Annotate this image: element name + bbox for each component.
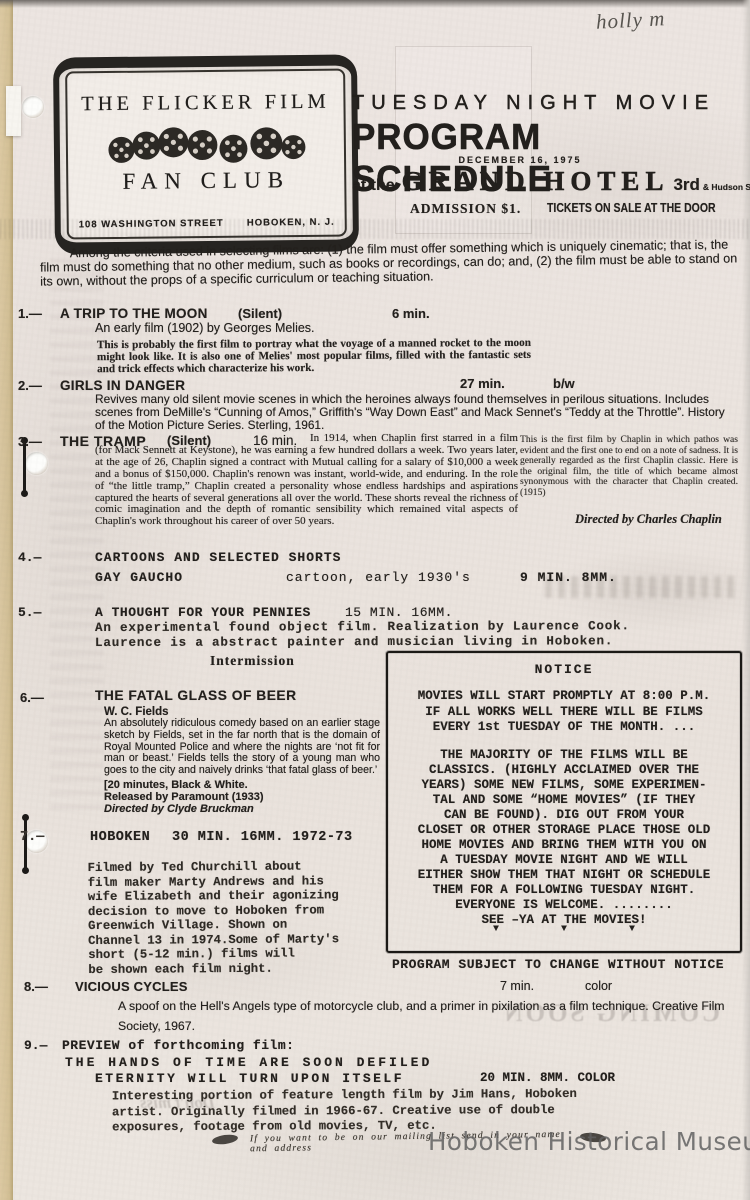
film-duration: 27 min. xyxy=(460,376,505,391)
venue-name: GRAND HOTEL xyxy=(402,166,670,197)
film-title-trip: A TRIP TO THE MOON xyxy=(60,306,208,321)
film-specs: [20 minutes, Black & White. xyxy=(104,779,248,791)
film-number: 2.— xyxy=(18,378,42,393)
preview-title-1: THE HANDS OF TIME ARE SOON DEFILED xyxy=(65,1055,432,1070)
film-reels-icon xyxy=(103,117,308,167)
film-released: Released by Paramount (1933) xyxy=(104,791,264,803)
film-title-vicious: VICIOUS CYCLES xyxy=(75,979,188,994)
film-credit: Directed by Charles Chaplin xyxy=(575,512,722,527)
header-date: DECEMBER 16, 1975 xyxy=(324,155,716,165)
scan-backing-strip xyxy=(0,0,13,1200)
film-number: 1.— xyxy=(18,306,42,321)
film-byline: An early film (1902) by Georges Melies. xyxy=(95,321,315,335)
header-title-line1: TUESDAY NIGHT MOVIE xyxy=(352,92,744,115)
notice-box: NOTICE MOVIES WILL START PROMPTLY AT 8:0… xyxy=(386,651,742,953)
admission-label: ADMISSION $1. xyxy=(410,201,521,217)
notice-paragraph-2: THE MAJORITY OF THE FILMS WILL BE CLASSI… xyxy=(388,748,740,928)
film-title-cartoons: CARTOONS AND SELECTED SHORTS xyxy=(95,550,341,565)
film-credit: Directed by Clyde Bruckman xyxy=(104,803,254,815)
film-description: Filmed by Ted Churchill about film maker… xyxy=(88,859,379,977)
film-description: An experimental found object film. Reali… xyxy=(95,619,695,651)
tickets-label: TICKETS ON SALE AT THE DOOR xyxy=(547,201,748,215)
venue-street: & Hudson Street xyxy=(703,182,750,192)
scanned-program-page: COMING SOON Don't miss holly m THE FLICK… xyxy=(0,0,750,1200)
film-description: An absolutely ridiculous comedy based on… xyxy=(104,718,380,777)
film-description: A spoof on the Hell's Angels type of mot… xyxy=(118,997,738,1036)
film-number: 9.— xyxy=(24,1038,47,1053)
preview-label: PREVIEW of forthcoming film: xyxy=(62,1038,294,1053)
paper-tab xyxy=(6,86,21,136)
handwritten-annotation: holly m xyxy=(595,6,666,35)
film-description: This is probably the first film to portr… xyxy=(97,337,531,376)
punch-hole xyxy=(22,96,44,118)
notice-heading: NOTICE xyxy=(388,662,740,677)
binder-prong-dot xyxy=(22,814,29,821)
film-meta: 30 MIN. 16MM. 1972-73 xyxy=(172,830,353,845)
preview-title-2: ETERNITY WILL TURN UPON ITSELF xyxy=(95,1071,404,1086)
club-name-line2: FAN CLUB xyxy=(68,167,344,196)
intermission-label: Intermission xyxy=(210,653,295,669)
venue-number: 3rd xyxy=(673,175,699,195)
film-duration: 9 MIN. 8MM. xyxy=(520,570,617,585)
venue-prefix: at the xyxy=(352,177,395,195)
film-detail: cartoon, early 1930's xyxy=(286,570,471,585)
museum-watermark: Hoboken Historical Museum xyxy=(428,1127,750,1156)
selection-criteria-paragraph: Among the criteria used in selecting fil… xyxy=(40,238,742,289)
down-arrow-icon: ▼ xyxy=(561,924,567,935)
film-title-hoboken: HOBOKEN xyxy=(90,830,150,845)
program-header: TUESDAY NIGHT MOVIE PROGRAM SCHEDULE DEC… xyxy=(352,92,744,115)
binder-prong-dot xyxy=(22,867,29,874)
notice-paragraph-1: MOVIES WILL START PROMPTLY AT 8:00 P.M. … xyxy=(388,689,740,736)
film-number: 8.— xyxy=(24,979,48,994)
film-description: In 1914, when Chaplin first starred in a… xyxy=(95,433,518,528)
binder-prong-dot xyxy=(21,490,28,497)
club-name-line1: THE FLICKER FILM xyxy=(67,91,343,117)
film-sidebar-note: This is the first film by Chaplin in whi… xyxy=(520,435,738,499)
club-logo-inner-frame: THE FLICKER FILM FAN CLUB 108 xyxy=(65,69,347,240)
film-number: 4.— xyxy=(18,550,41,565)
film-title-pennies: A THOUGHT FOR YOUR PENNIES xyxy=(95,605,311,620)
punch-hole xyxy=(25,452,48,475)
down-arrow-icon: ▼ xyxy=(629,924,635,935)
film-description: Revives many old silent movie scenes in … xyxy=(95,393,737,432)
film-title-fatal: THE FATAL GLASS OF BEER xyxy=(95,688,297,703)
film-name: GAY GAUCHO xyxy=(95,570,183,585)
film-title-girls: GIRLS IN DANGER xyxy=(60,378,185,393)
preview-meta: 20 MIN. 8MM. COLOR xyxy=(480,1071,615,1085)
film-number: 7.— xyxy=(20,830,44,845)
film-format: color xyxy=(585,979,612,993)
down-arrow-icon: ▼ xyxy=(493,924,499,935)
film-format: (Silent) xyxy=(238,306,282,321)
film-number: 6.— xyxy=(20,690,44,705)
film-number: 3.— xyxy=(18,434,42,449)
film-duration: 15 MIN. 16MM. xyxy=(345,605,453,620)
film-format: b/w xyxy=(553,376,575,391)
photocopy-band xyxy=(0,219,750,239)
film-number: 5.— xyxy=(18,605,41,620)
film-duration: 7 min. xyxy=(500,979,534,993)
film-duration: 6 min. xyxy=(392,306,430,321)
program-change-note: PROGRAM SUBJECT TO CHANGE WITHOUT NOTICE xyxy=(392,957,724,972)
